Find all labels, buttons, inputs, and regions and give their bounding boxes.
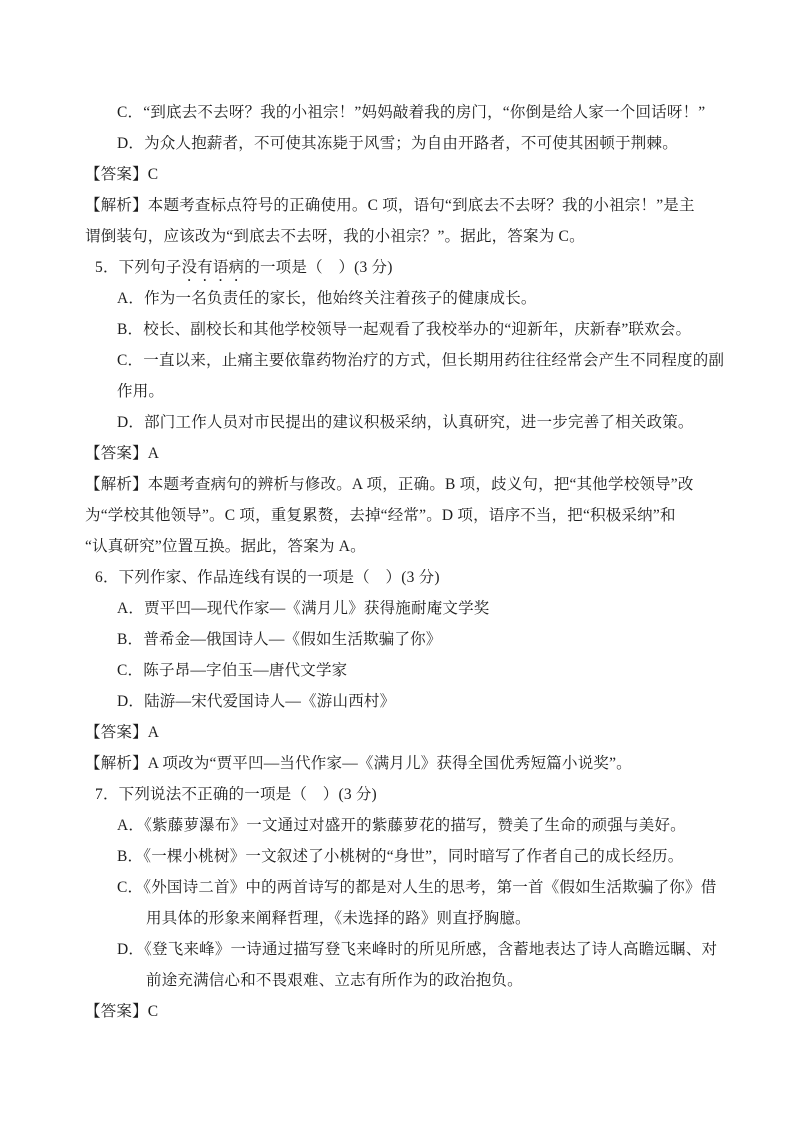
document-body: C．“到底去不去呀？我的小祖宗！”妈妈敲着我的房门，“你倒是给人家一个回话呀！”… [0,0,793,1027]
q7-answer: 【答案】C [85,996,743,1027]
q5-option-c-line-2: 作用。 [85,376,743,407]
q7-option-c-line-1: C．《外国诗二首》中的两首诗写的都是对人生的思考，第一首《假如生活欺骗了你》借 [85,872,743,903]
document-page: C．“到底去不去呀？我的小祖宗！”妈妈敲着我的房门，“你倒是给人家一个回话呀！”… [0,0,793,1122]
q7-option-c-line-2: 用具体的形象来阐释哲理，《未选择的路》则直抒胸臆。 [85,903,743,934]
question-5: 5．下列句子没有语病的一项是（ ）(3 分)A．作为一名负责任的家长，他始终关注… [85,252,743,562]
q6-analysis: 【解析】A 项改为“贾平凹—当代作家—《满月儿》获得全国优秀短篇小说奖”。 [85,748,743,779]
q5-analysis-line-3: “认真研究”位置互换。据此，答案为 A。 [85,531,743,562]
q5-answer: 【答案】A [85,438,743,469]
q6-option-c: C．陈子昂—字伯玉—唐代文学家 [85,655,743,686]
q4-analysis-line-2: 谓倒装句，应该改为“到底去不去呀，我的小祖宗？”。据此，答案为 C。 [85,221,743,252]
q5-heading: 5．下列句子没有语病的一项是（ ）(3 分) [85,252,743,283]
question-4-tail: C．“到底去不去呀？我的小祖宗！”妈妈敲着我的房门，“你倒是给人家一个回话呀！”… [85,97,743,252]
q5-option-d: D．部门工作人员对市民提出的建议积极采纳，认真研究，进一步完善了相关政策。 [85,407,743,438]
q5-heading-emphasized-text: 没有语病 [181,259,244,276]
q6-answer: 【答案】A [85,717,743,748]
q6-option-a: A．贾平凹—现代作家—《满月儿》获得施耐庵文学奖 [85,593,743,624]
q7-option-d-line-2: 前途充满信心和不畏艰难、立志有所作为的政治抱负。 [85,965,743,996]
q5-heading-post: 的一项是（ ）(3 分) [244,259,392,276]
q4-analysis-line-1: 【解析】本题考查标点符号的正确使用。C 项，语句“到底去不去呀？我的小祖宗！”是… [85,190,743,221]
question-7: 7．下列说法不正确的一项是（ ）(3 分)A．《紫藤萝瀑布》一文通过对盛开的紫藤… [85,779,743,1027]
q7-option-d-line-1: D．《登飞来峰》一诗通过描写登飞来峰时的所见所感，含蓄地表达了诗人高瞻远瞩、对 [85,934,743,965]
q5-analysis-line-1: 【解析】本题考查病句的辨析与修改。A 项，正确。B 项，歧义句，把“其他学校领导… [85,469,743,500]
q6-heading: 6．下列作家、作品连线有误的一项是（ ）(3 分) [85,562,743,593]
q7-option-b: B．《一棵小桃树》一文叙述了小桃树的“身世”，同时暗写了作者自己的成长经历。 [85,841,743,872]
q6-option-b: B．普希金—俄国诗人—《假如生活欺骗了你》 [85,624,743,655]
q4-option-c: C．“到底去不去呀？我的小祖宗！”妈妈敲着我的房门，“你倒是给人家一个回话呀！” [85,97,743,128]
q5-option-a: A．作为一名负责任的家长，他始终关注着孩子的健康成长。 [85,283,743,314]
question-6: 6．下列作家、作品连线有误的一项是（ ）(3 分)A．贾平凹—现代作家—《满月儿… [85,562,743,779]
q6-option-d: D．陆游—宋代爱国诗人—《游山西村》 [85,686,743,717]
q5-heading-pre: 5．下列句子 [95,259,181,276]
q7-option-a: A．《紫藤萝瀑布》一文通过对盛开的紫藤萝花的描写，赞美了生命的顽强与美好。 [85,810,743,841]
q5-option-c-line-1: C．一直以来，止痛主要依靠药物治疗的方式，但长期用药往往经常会产生不同程度的副 [85,345,743,376]
q4-option-d: D．为众人抱薪者，不可使其冻毙于风雪；为自由开路者，不可使其困顿于荆棘。 [85,128,743,159]
q7-heading: 7．下列说法不正确的一项是（ ）(3 分) [85,779,743,810]
q4-answer: 【答案】C [85,159,743,190]
q5-option-b: B．校长、副校长和其他学校领导一起观看了我校举办的“迎新年，庆新春”联欢会。 [85,314,743,345]
q5-analysis-line-2: 为“学校其他领导”。C 项，重复累赘，去掉“经常”。D 项，语序不当，把“积极采… [85,500,743,531]
